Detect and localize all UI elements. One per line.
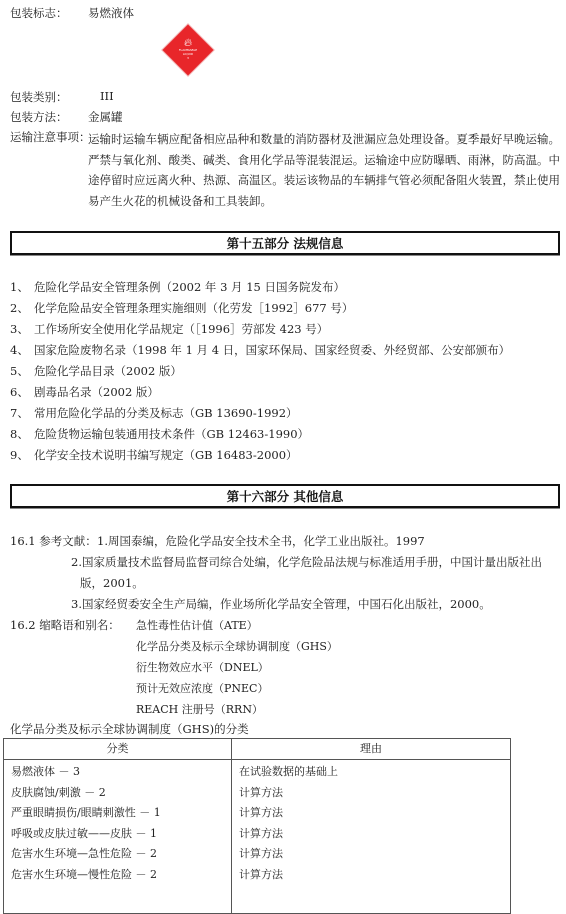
regulation-item: 7、常用危险化学品的分类及标志（GB 13690-1992） <box>10 405 298 421</box>
abbreviation-item: 衍生物效应水平（DNEL） <box>136 659 269 675</box>
item-text: 危险化学品安全管理条例（2002 年 3 月 15 日国务院发布） <box>34 280 345 294</box>
classification-cell: 危害水生环境—急性危险 － 2 <box>4 844 232 865</box>
packaging-mark-value: 易燃液体 <box>88 5 134 21</box>
item-text: 国家危险废物名录（1998 年 1 月 4 日，国家环保局、国家经贸委、外经贸部… <box>34 343 510 357</box>
reason-cell: 在试验数据的基础上 <box>232 760 511 783</box>
table-row: 皮肤腐蚀/刺激 － 2 计算方法 <box>4 783 511 804</box>
reason-cell: 计算方法 <box>232 865 511 886</box>
item-number: 5、 <box>10 363 34 379</box>
packaging-mark-label: 包装标志： <box>10 5 68 21</box>
regulation-item: 6、剧毒品名录（2002 版） <box>10 384 159 400</box>
classification-cell: 皮肤腐蚀/刺激 － 2 <box>4 783 232 804</box>
regulation-item: 3、工作场所安全使用化学品规定（［1996］劳部发 423 号） <box>10 321 328 337</box>
regulation-item: 2、化学危险品安全管理条理实施细则（化劳发［1992］677 号） <box>10 300 353 316</box>
transport-notes-label: 运输注意事项： <box>10 129 91 145</box>
abbreviation-item: 预计无效应浓度（PNEC） <box>136 680 268 696</box>
packaging-method-label: 包装方法： <box>10 109 68 125</box>
regulation-item: 1、危险化学品安全管理条例（2002 年 3 月 15 日国务院发布） <box>10 279 345 295</box>
empty-cell <box>232 885 511 914</box>
table-row-empty <box>4 885 511 914</box>
item-number: 7、 <box>10 405 34 421</box>
reason-cell: 计算方法 <box>232 824 511 845</box>
item-number: 3、 <box>10 321 34 337</box>
item-number: 2、 <box>10 300 34 316</box>
reference-item: 1.周国泰编，危险化学品安全技术全书，化学工业出版社。1997 <box>97 533 425 549</box>
regulation-item: 4、国家危险废物名录（1998 年 1 月 4 日，国家环保局、国家经贸委、外经… <box>10 342 510 358</box>
item-text: 危险化学品目录（2002 版） <box>34 364 182 378</box>
reason-cell: 计算方法 <box>232 803 511 824</box>
reference-item-continued: 版，2001。 <box>80 575 144 591</box>
abbreviation-item: REACH 注册号（RRN） <box>136 701 263 717</box>
regulation-item: 5、危险化学品目录（2002 版） <box>10 363 182 379</box>
item-number: 8、 <box>10 426 34 442</box>
item-text: 化学安全技术说明书编写规定（GB 16483-2000） <box>34 448 298 462</box>
item-number: 6、 <box>10 384 34 400</box>
item-text: 工作场所安全使用化学品规定（［1996］劳部发 423 号） <box>34 322 328 336</box>
reason-cell: 计算方法 <box>232 844 511 865</box>
abbreviation-item: 化学品分类及标示全球协调制度（GHS） <box>136 638 338 654</box>
table-row: 严重眼睛损伤/眼睛刺激性 － 1 计算方法 <box>4 803 511 824</box>
abbreviations-label: 16.2 缩略语和别名： <box>10 617 120 633</box>
regulation-item: 9、化学安全技术说明书编写规定（GB 16483-2000） <box>10 447 298 463</box>
item-text: 剧毒品名录（2002 版） <box>34 385 159 399</box>
hazard-icon-class: 3 <box>187 56 189 60</box>
item-text: 化学危险品安全管理条理实施细则（化劳发［1992］677 号） <box>34 301 353 315</box>
ghs-classification-table: 分类 理由 易燃液体 － 3 在试验数据的基础上 皮肤腐蚀/刺激 － 2 计算方… <box>3 738 511 914</box>
reason-cell: 计算方法 <box>232 783 511 804</box>
reference-item: 3.国家经贸委安全生产局编，作业场所化学品安全管理，中国石化出版社，2000。 <box>71 596 491 612</box>
table-row: 呼吸或皮肤过敏——皮肤 － 1 计算方法 <box>4 824 511 845</box>
references-label: 16.1 参考文献： <box>10 533 97 549</box>
classification-cell: 严重眼睛损伤/眼睛刺激性 － 1 <box>4 803 232 824</box>
classification-cell: 呼吸或皮肤过敏——皮肤 － 1 <box>4 824 232 845</box>
column-header-reason: 理由 <box>232 739 511 760</box>
classification-cell: 易燃液体 － 3 <box>4 760 232 783</box>
ghs-table-caption: 化学品分类及标示全球协调制度（GHS)的分类 <box>10 721 249 737</box>
table-row: 危害水生环境—慢性危险 － 2 计算方法 <box>4 865 511 886</box>
item-text: 常用危险化学品的分类及标志（GB 13690-1992） <box>34 406 298 420</box>
item-number: 1、 <box>10 279 34 295</box>
section-16-title: 第十六部分 其他信息 <box>10 484 560 508</box>
packaging-class-value: III <box>100 89 114 103</box>
transport-notes-text: 运输时运输车辆应配备相应品种和数量的消防器材及泄漏应急处理设备。夏季最好早晚运输… <box>88 129 560 211</box>
classification-cell: 危害水生环境—慢性危险 － 2 <box>4 865 232 886</box>
item-number: 4、 <box>10 342 34 358</box>
flame-icon: 🔥︎ <box>184 37 192 48</box>
abbreviation-item: 急性毒性估计值（ATE） <box>136 617 258 633</box>
flammable-liquid-icon-content: 🔥︎ FLAMMABLE LIQUID 3 <box>170 32 206 68</box>
table-header-row: 分类 理由 <box>4 739 511 760</box>
column-header-classification: 分类 <box>4 739 232 760</box>
regulation-item: 8、危险货物运输包装通用技术条件（GB 12463-1990） <box>10 426 309 442</box>
section-15-title: 第十五部分 法规信息 <box>10 231 560 255</box>
table-row: 危害水生环境—急性危险 － 2 计算方法 <box>4 844 511 865</box>
packaging-method-value: 金属罐 <box>88 109 123 125</box>
empty-cell <box>4 885 232 914</box>
item-number: 9、 <box>10 447 34 463</box>
item-text: 危险货物运输包装通用技术条件（GB 12463-1990） <box>34 427 309 441</box>
reference-item: 2.国家质量技术监督局监督司综合处编，化学危险品法规与标准适用手册，中国计量出版… <box>71 554 542 570</box>
packaging-class-label: 包装类别： <box>10 89 68 105</box>
table-row: 易燃液体 － 3 在试验数据的基础上 <box>4 760 511 783</box>
